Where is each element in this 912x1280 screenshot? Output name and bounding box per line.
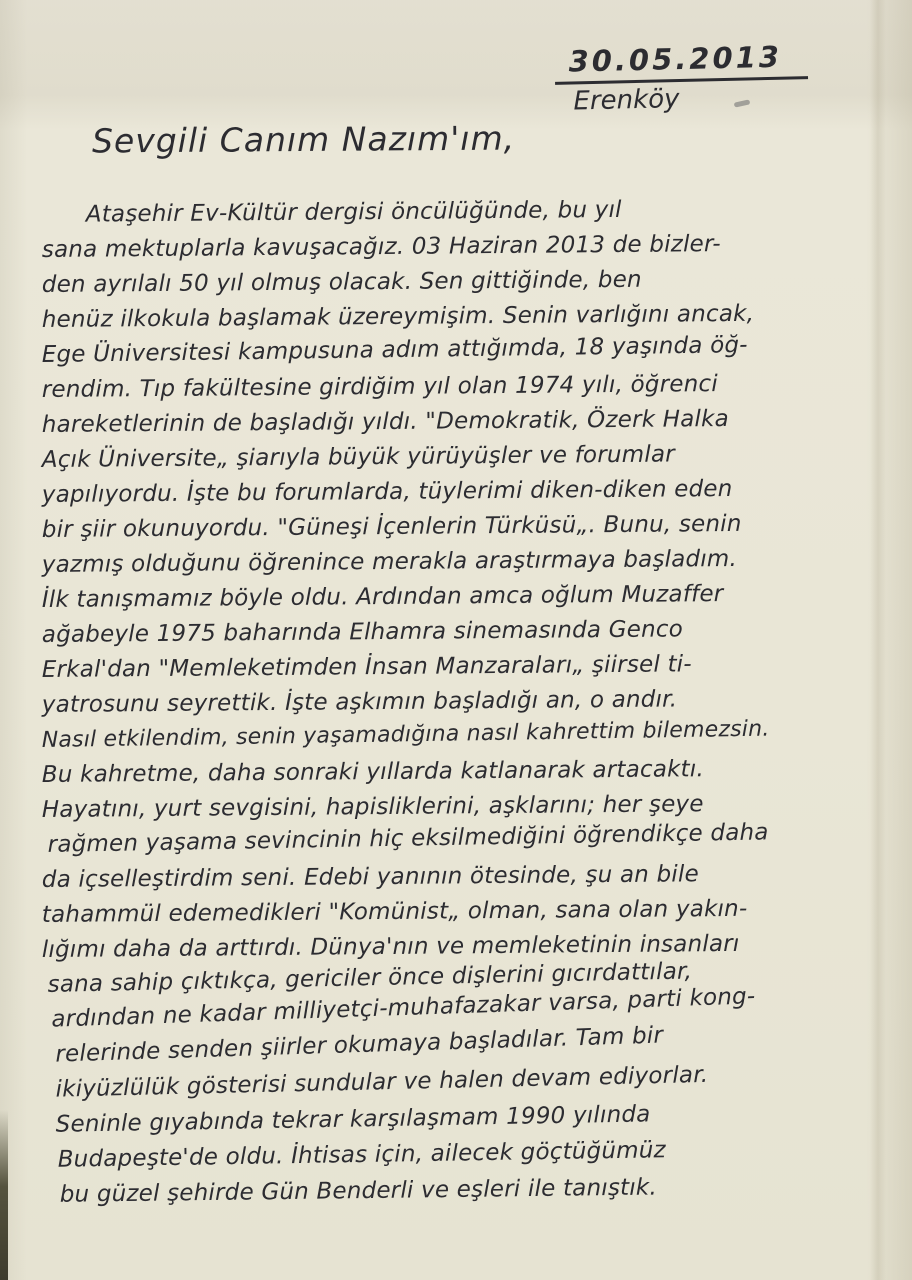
- letter-paper: 30.05.2013 Erenköy Sevgili Canım Nazım'ı…: [0, 0, 912, 1280]
- date-block: 30.05.2013 Erenköy: [554, 39, 809, 117]
- paper-edge-shadow-left: [0, 1110, 8, 1280]
- letter-date: 30.05.2013: [554, 39, 808, 85]
- letter-body: Ataşehir Ev-Kültür dergisi öncülüğünde, …: [42, 198, 892, 1213]
- letter-photo: 30.05.2013 Erenköy Sevgili Canım Nazım'ı…: [0, 0, 912, 1280]
- paper-edge-shadow-right: [870, 0, 886, 1280]
- salutation: Sevgili Canım Nazım'ım,: [92, 119, 515, 161]
- letter-location: Erenköy: [573, 81, 809, 116]
